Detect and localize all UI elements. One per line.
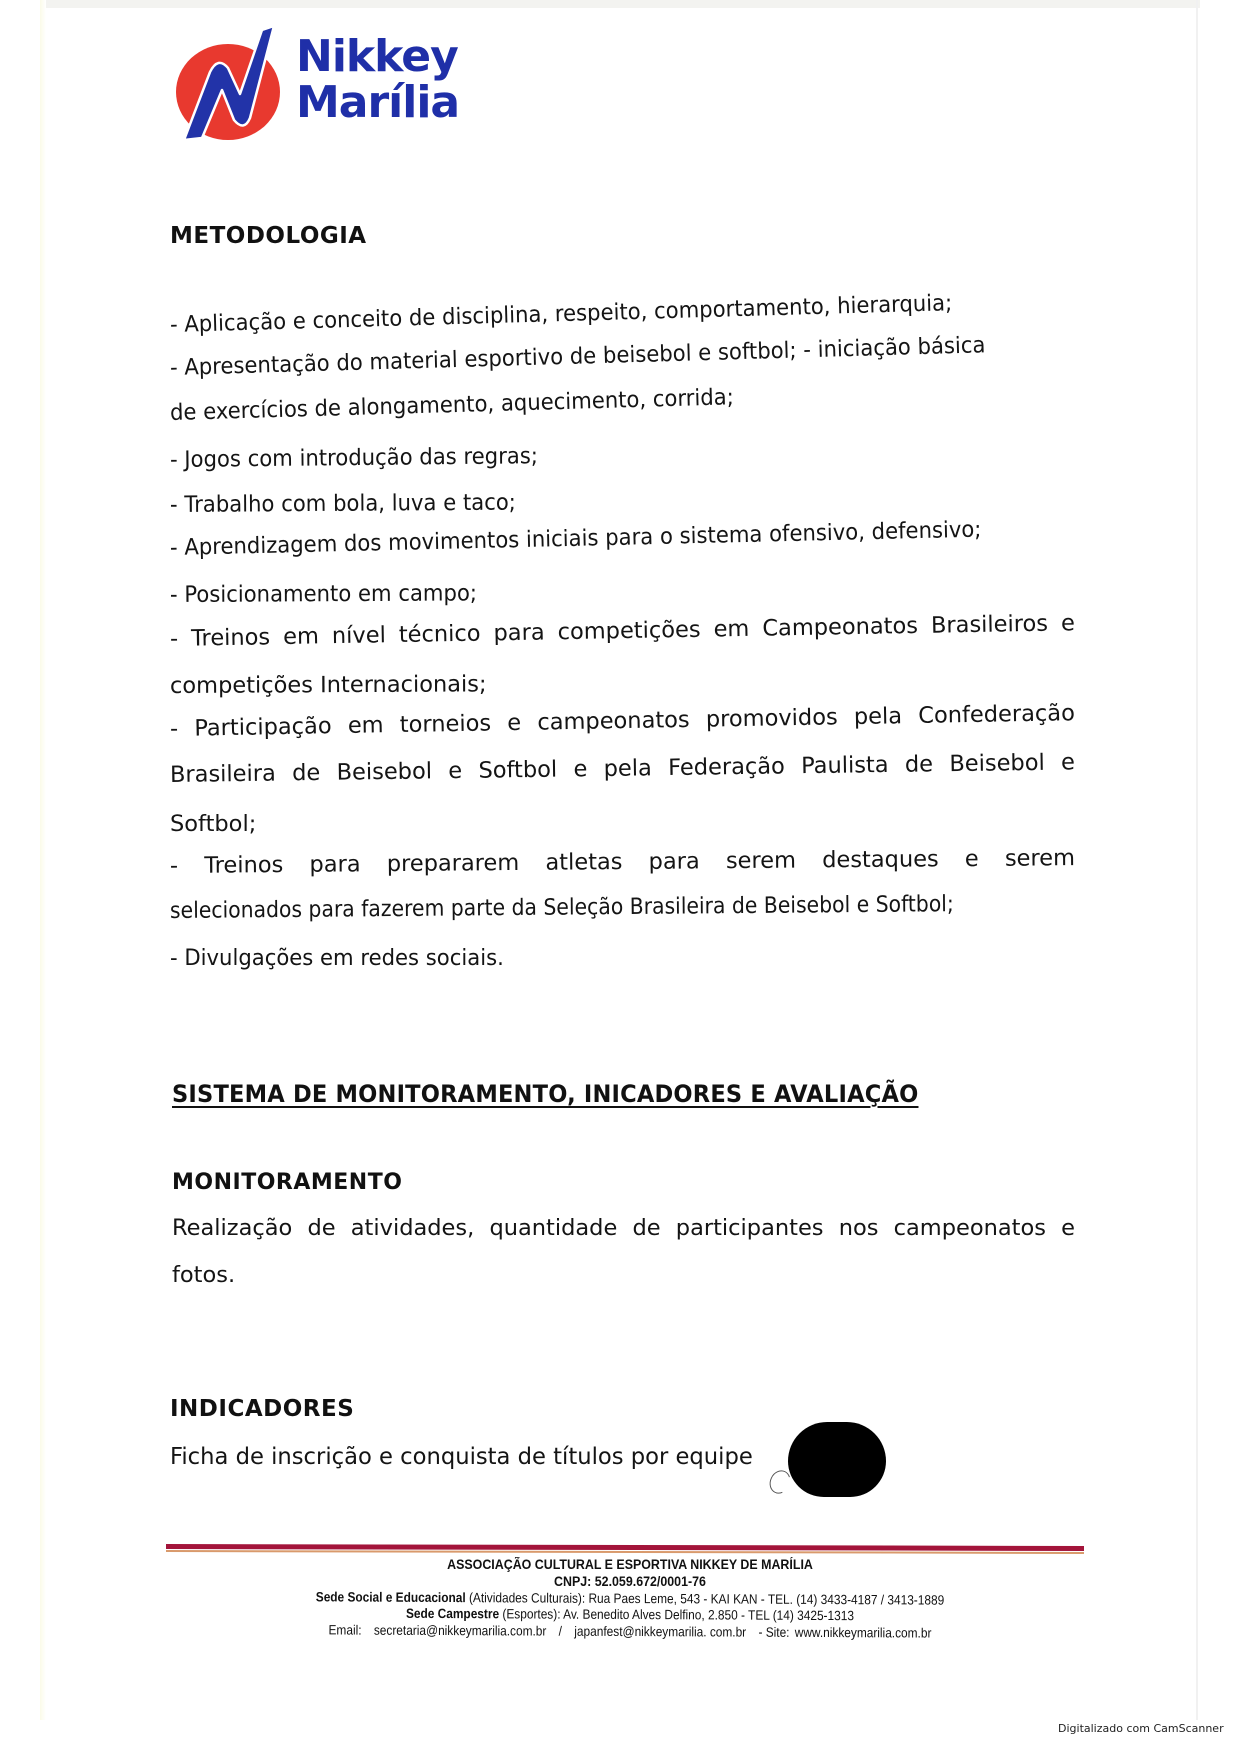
list-item: - Participação em torneios e campeonatos… bbox=[170, 700, 1075, 742]
footer-sede-social-label: Sede Social e Educacional bbox=[316, 1589, 466, 1605]
scan-page-edge-left bbox=[40, 0, 46, 1720]
footer-sede-campestre: Sede Campestre (Esportes): Av. Benedito … bbox=[216, 1605, 1043, 1624]
list-item: - Treinos para prepararem atletas para s… bbox=[170, 845, 1075, 879]
footer-email-separator: / bbox=[559, 1624, 562, 1639]
scan-page-edge-top bbox=[40, 0, 1200, 8]
list-item: - Divulgações em redes sociais. bbox=[170, 945, 504, 971]
footer-email-japanfest[interactable]: japanfest@nikkeymarilia. com.br bbox=[574, 1624, 746, 1640]
footer-email-secretaria[interactable]: secretaria@nikkeymarilia.com.br bbox=[374, 1623, 547, 1639]
nikkey-n-circle-logo-icon bbox=[170, 22, 300, 147]
monitoramento-text-line: fotos. bbox=[172, 1262, 235, 1288]
footer-contacts: Email:secretaria@nikkeymarilia.com.br/ja… bbox=[216, 1622, 1043, 1641]
sistema-heading: SISTEMA DE MONITORAMENTO, INICADORES E A… bbox=[172, 1080, 918, 1108]
list-item: - Trabalho com bola, luva e taco; bbox=[170, 490, 516, 518]
logo-line-2: Marília bbox=[296, 80, 459, 126]
footer-sede-social-text: (Atividades Culturais): Rua Paes Leme, 5… bbox=[466, 1590, 945, 1608]
footer-sede-campestre-text: (Esportes): Av. Benedito Alves Delfino, … bbox=[499, 1606, 854, 1623]
list-item: de exercícios de alongamento, aqueciment… bbox=[170, 384, 735, 426]
indicadores-text: Ficha de inscrição e conquista de título… bbox=[170, 1444, 753, 1470]
list-item: - Treinos em nível técnico para competiç… bbox=[170, 610, 1075, 652]
logo-wordmark: Nikkey Marília bbox=[296, 34, 459, 126]
list-item: Softbol; bbox=[170, 811, 256, 837]
footer-org-name: ASSOCIAÇÃO CULTURAL E ESPORTIVA NIKKEY D… bbox=[198, 1557, 1063, 1572]
list-item: competições Internacionais; bbox=[170, 671, 487, 699]
list-item: Brasileira de Beisebol e Softbol e pela … bbox=[170, 749, 1075, 788]
footer-sede-campestre-label: Sede Campestre bbox=[406, 1606, 499, 1621]
metodologia-heading: METODOLOGIA bbox=[170, 223, 367, 249]
list-item: selecionados para fazerem parte da Seleç… bbox=[170, 891, 954, 924]
logo-line-1: Nikkey bbox=[296, 34, 459, 80]
camscanner-watermark: Digitalizado com CamScanner bbox=[1058, 1722, 1224, 1735]
list-item: - Aprendizagem dos movimentos iniciais p… bbox=[170, 517, 982, 561]
footer-site-label: - Site: bbox=[758, 1625, 789, 1640]
redacted-signature bbox=[788, 1422, 886, 1497]
list-item: - Posicionamento em campo; bbox=[170, 580, 477, 608]
indicadores-heading: INDICADORES bbox=[170, 1396, 354, 1422]
footer-email-label: Email: bbox=[328, 1622, 361, 1637]
list-item: - Aplicação e conceito de disciplina, re… bbox=[170, 290, 953, 338]
monitoramento-heading: MONITORAMENTO bbox=[172, 1170, 402, 1195]
list-item: - Jogos com introdução das regras; bbox=[170, 443, 538, 473]
list-item: - Apresentação do material esportivo de … bbox=[170, 332, 986, 381]
nikkey-marilia-logo: Nikkey Marília bbox=[170, 22, 470, 147]
footer-cnpj: CNPJ: 52.059.672/0001-76 bbox=[198, 1574, 1063, 1589]
monitoramento-text-line: Realização de atividades, quantidade de … bbox=[172, 1215, 1075, 1241]
scan-page-edge-right bbox=[1196, 0, 1198, 1720]
footer-site-link[interactable]: www.nikkeymarilia.com.br bbox=[795, 1625, 932, 1641]
